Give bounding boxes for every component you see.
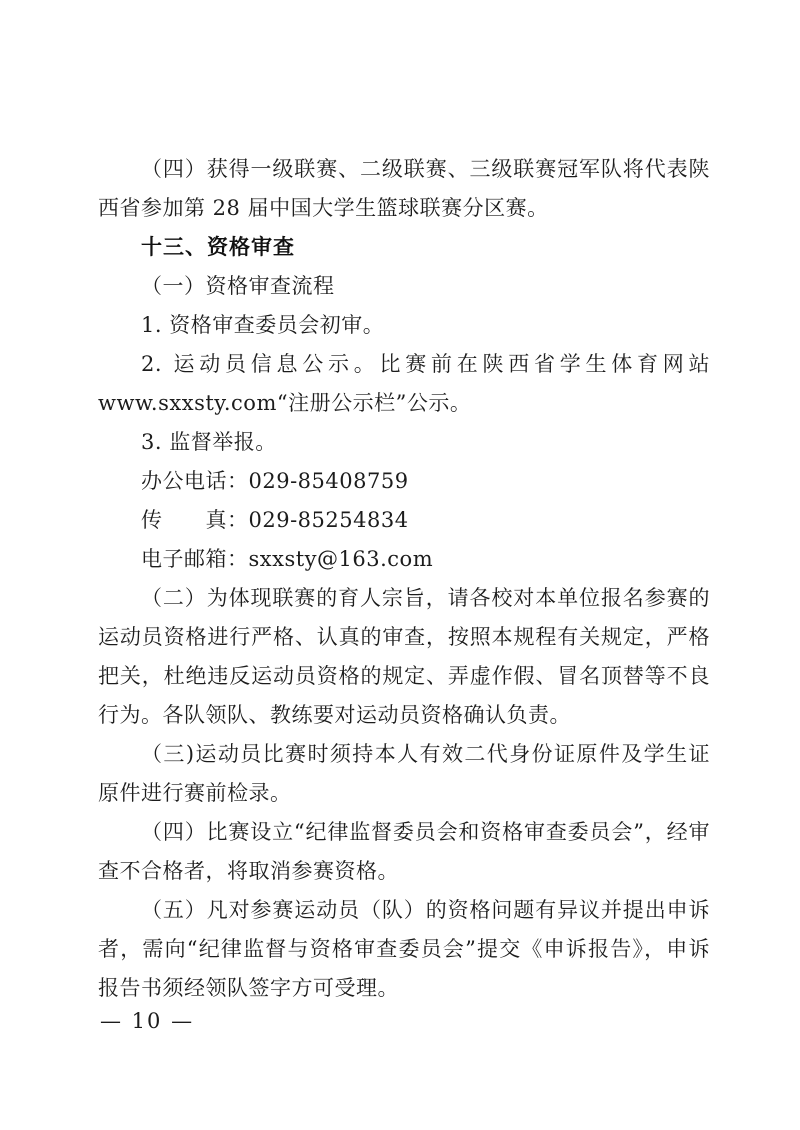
text-line: 3. 监督举报。 [98, 423, 710, 462]
text-line: （五）凡对参赛运动员（队）的资格问题有异议并提出申诉 [98, 891, 710, 930]
text-line: 查不合格者，将取消参赛资格。 [98, 852, 710, 891]
text-line: 运动员资格进行严格、认真的审查，按照本规程有关规定，严格 [98, 618, 710, 657]
text-line: 原件进行赛前检录。 [98, 774, 710, 813]
text-line: （四）比赛设立“纪律监督委员会和资格审查委员会”，经审 [98, 813, 710, 852]
page-number: — 10 — [100, 1002, 194, 1041]
text-line: 电子邮箱：sxxsty@163.com [98, 540, 710, 579]
document-page: （四）获得一级联赛、二级联赛、三级联赛冠军队将代表陕西省参加第 28 届中国大学… [0, 0, 800, 1130]
text-line: 传 真：029-85254834 [98, 501, 710, 540]
text-line: 行为。各队领队、教练要对运动员资格确认负责。 [98, 696, 710, 735]
text-line: 1. 资格审查委员会初审。 [98, 306, 710, 345]
section-heading: 十三、资格审查 [98, 228, 710, 267]
text-line: www.sxxsty.com“注册公示栏”公示。 [98, 384, 710, 423]
text-line: （一）资格审查流程 [98, 267, 710, 306]
text-line: 者，需向“纪律监督与资格审查委员会”提交《申诉报告》，申诉 [98, 930, 710, 969]
text-line: 把关，杜绝违反运动员资格的规定、弄虚作假、冒名顶替等不良 [98, 657, 710, 696]
text-line: （三)运动员比赛时须持本人有效二代身份证原件及学生证 [98, 735, 710, 774]
text-line: （四）获得一级联赛、二级联赛、三级联赛冠军队将代表陕 [98, 150, 710, 189]
text-line: 办公电话：029-85408759 [98, 462, 710, 501]
text-line: （二）为体现联赛的育人宗旨，请各校对本单位报名参赛的 [98, 579, 710, 618]
text-line: 2. 运动员信息公示。比赛前在陕西省学生体育网站 [98, 345, 710, 384]
document-body: （四）获得一级联赛、二级联赛、三级联赛冠军队将代表陕西省参加第 28 届中国大学… [98, 150, 710, 1008]
text-line: 西省参加第 28 届中国大学生篮球联赛分区赛。 [98, 189, 710, 228]
